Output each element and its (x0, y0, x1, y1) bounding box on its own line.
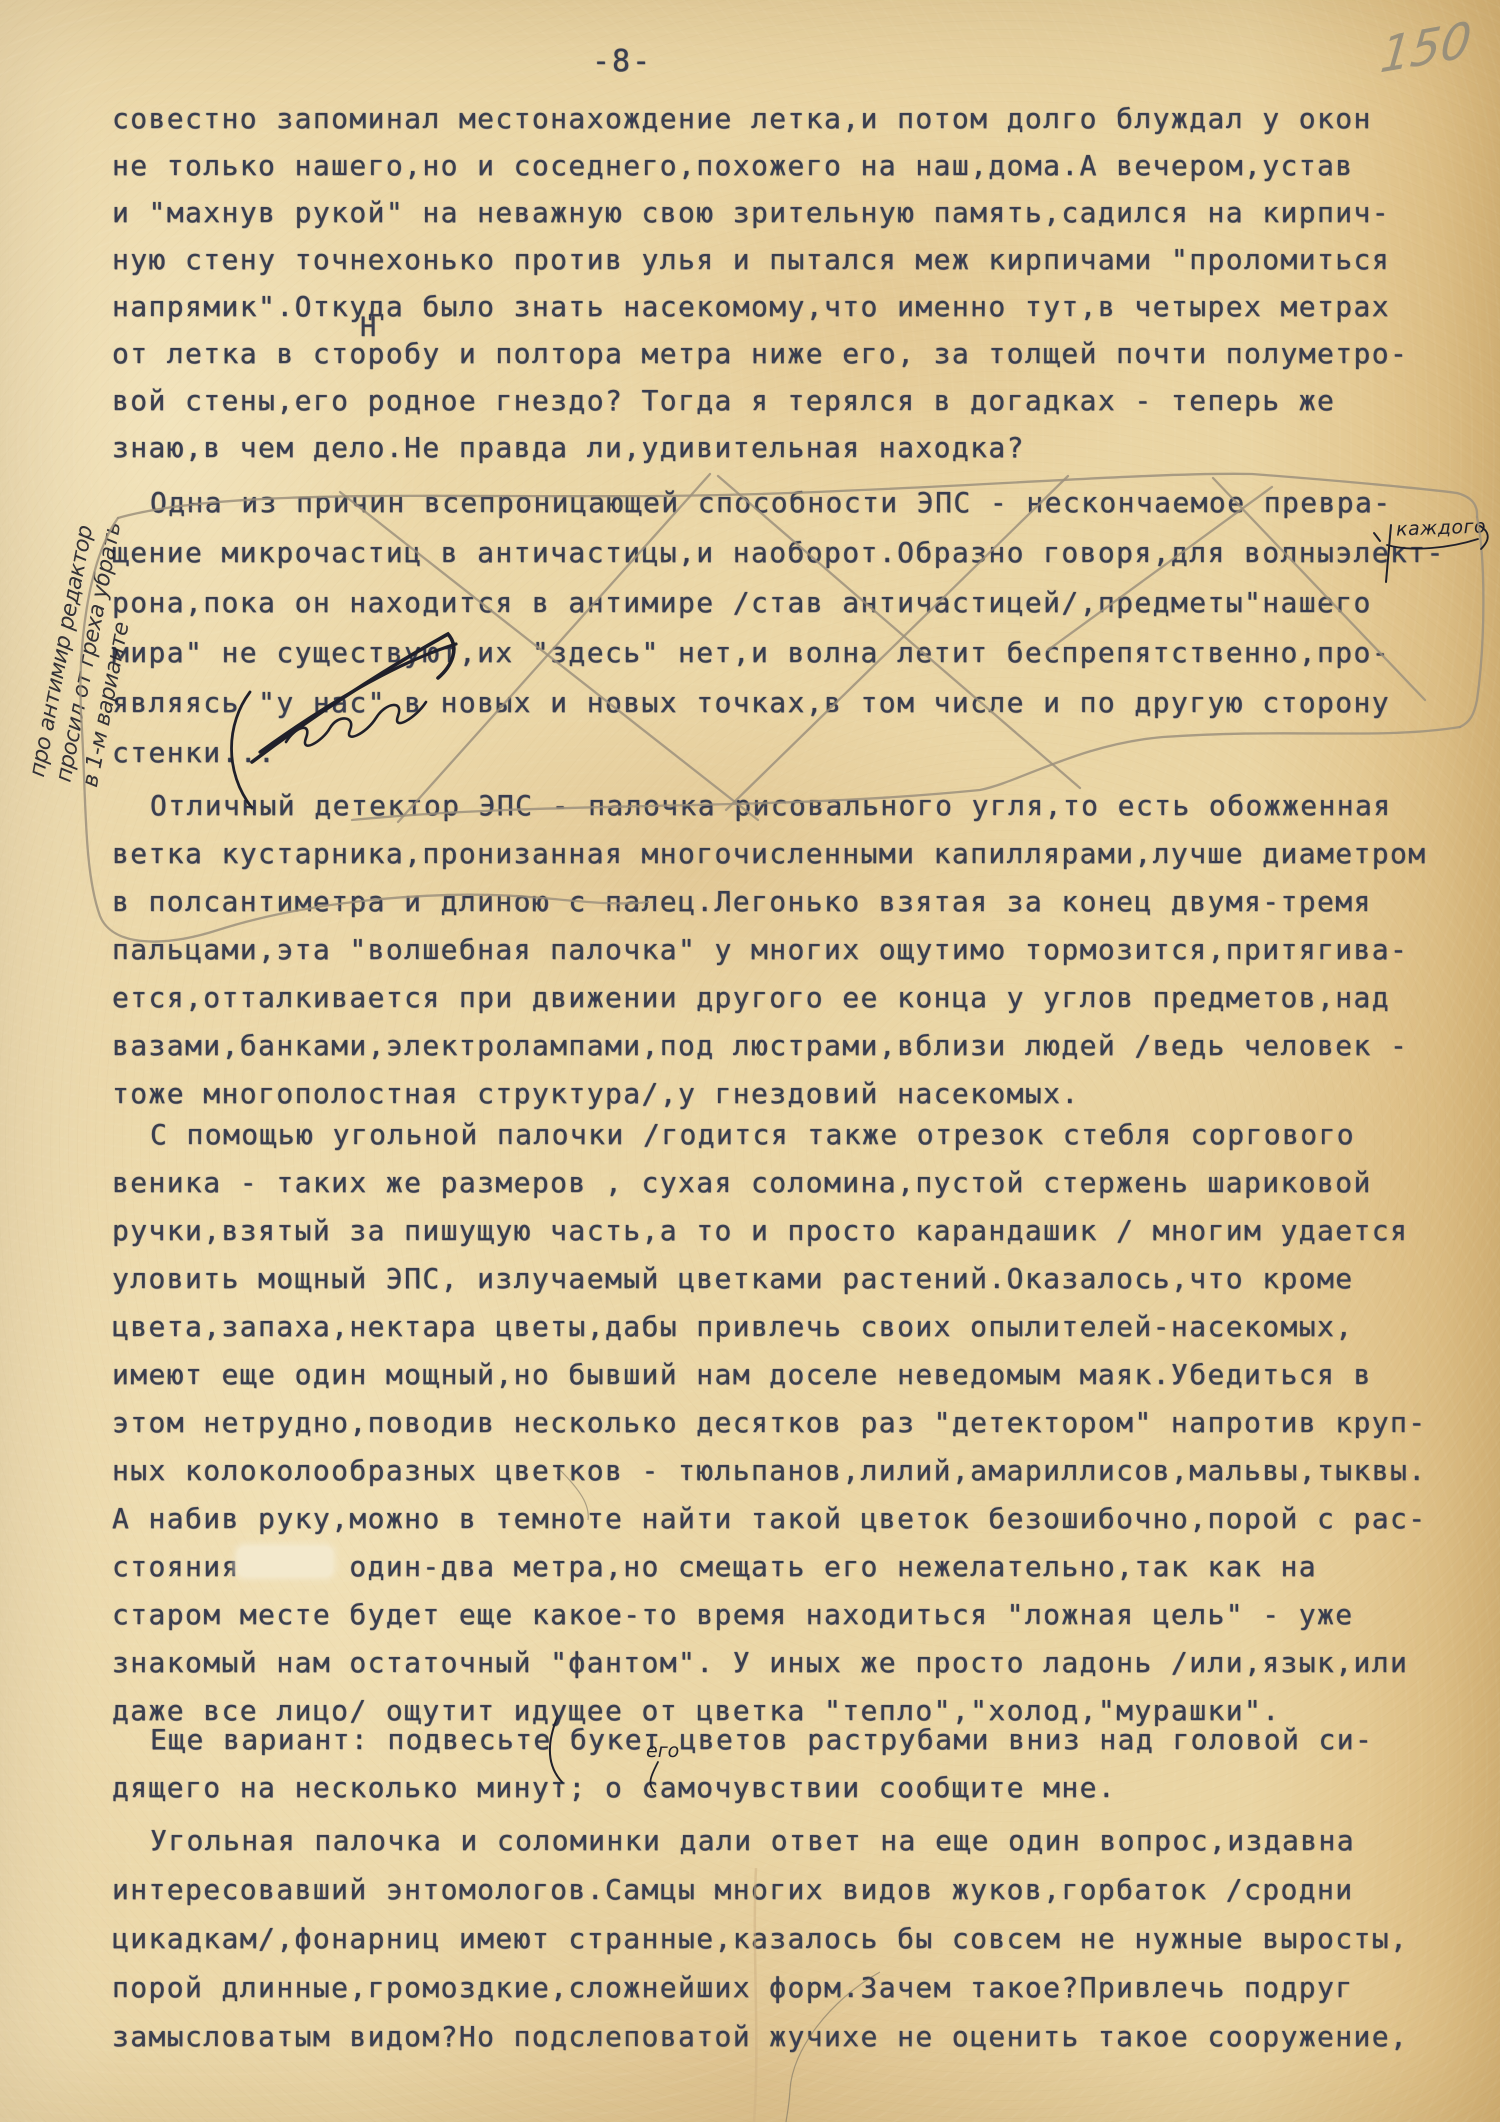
typed-line: вазами,банками,электролампами,под люстра… (112, 1029, 1470, 1077)
typed-line: не только нашего,но и соседнего,похожего… (112, 149, 1470, 196)
typed-line: ветка кустарника,пронизанная многочислен… (112, 837, 1470, 885)
typed-line: ручки,взятый за пишущую часть,а то и про… (112, 1214, 1470, 1262)
typed-correction-letter: Н (360, 312, 376, 343)
handwritten-insert-ego: его (646, 1740, 679, 1762)
typed-line: Одна из причин всепроницающей способност… (112, 486, 1470, 536)
typed-line: цвета,запаха,нектара цветы,дабы привлечь… (112, 1310, 1470, 1358)
typed-line: от летка в сторобу и полтора метра ниже … (112, 337, 1470, 384)
typed-line: Угольная палочка и соломинки дали ответ … (112, 1824, 1470, 1873)
typed-line: стенки... (112, 736, 1470, 786)
typed-line: имеют еще один мощный,но бывший нам досе… (112, 1358, 1470, 1406)
typed-line: Отличный детектор ЭПС - палочка рисоваль… (112, 789, 1470, 837)
typed-line: порой длинные,громоздкие,сложнейших форм… (112, 1971, 1470, 2020)
typed-line: веника - таких же размеров , сухая солом… (112, 1166, 1470, 1214)
scanned-manuscript-page: -8- 150 совестно запоминал местонахожден… (0, 0, 1500, 2122)
whiteout-patch (237, 1546, 333, 1577)
page-number-pencil-annotation: 150 (1378, 11, 1474, 85)
typed-line: уловить мощный ЭПС, излучаемый цветками … (112, 1262, 1470, 1310)
paragraph-p2-crossed-out: Одна из причин всепроницающей способност… (112, 486, 1470, 786)
typed-line: знакомый нам остаточный "фантом". У иных… (112, 1646, 1470, 1694)
paragraph-p4: С помощью угольной палочки /годится такж… (112, 1118, 1470, 1742)
typed-line: являясь "у нас" в новых и новых точках,в… (112, 686, 1470, 736)
typed-line: совестно запоминал местонахождение летка… (112, 102, 1470, 149)
typed-line: С помощью угольной палочки /годится такж… (112, 1118, 1470, 1166)
typed-line: щение микрочастиц в античастицы,и наобор… (112, 536, 1470, 586)
typed-line: мира" не существуют,их "здесь" нет,и вол… (112, 636, 1470, 686)
typed-line: и "махнув рукой" на неважную свою зрител… (112, 196, 1470, 243)
typed-line: ную стену точнехонько против улья и пыта… (112, 243, 1470, 290)
typed-line: в полсантиметра и длиною с палец.Легоньк… (112, 885, 1470, 933)
typed-line: замысловатым видом?Но подслеповатой жучи… (112, 2020, 1470, 2069)
typed-line: напрямик".Откуда было знать насекомому,ч… (112, 290, 1470, 337)
typed-line: дящего на несколько минут; о самочувстви… (112, 1771, 1470, 1819)
typed-line: интересовавший энтомологов.Самцы многих … (112, 1873, 1470, 1922)
typed-line: старом месте будет еще какое-то время на… (112, 1598, 1470, 1646)
page-number-typed: -8- (592, 44, 652, 79)
paragraph-p1: совестно запоминал местонахождение летка… (112, 102, 1470, 478)
typed-line: рона,пока он находится в антимире /став … (112, 586, 1470, 636)
paragraph-p5: Еще вариант: подвесьте букет цветов раст… (112, 1723, 1470, 1819)
paragraph-p6: Угольная палочка и соломинки дали ответ … (112, 1824, 1470, 2069)
handwritten-insert-kazhdogo: каждого (1396, 515, 1487, 540)
paragraph-p3: Отличный детектор ЭПС - палочка рисоваль… (112, 789, 1470, 1125)
typed-line: ется,отталкивается при движении другого … (112, 981, 1470, 1029)
typed-line: А набив руку,можно в темноте найти такой… (112, 1502, 1470, 1550)
typed-line: ных колоколообразных цветков - тюльпанов… (112, 1454, 1470, 1502)
typed-line: вой стены,его родное гнездо? Тогда я тер… (112, 384, 1470, 431)
typed-line: этом нетрудно,поводив несколько десятков… (112, 1406, 1470, 1454)
typed-line: цикадкам/,фонарниц имеют странные,казало… (112, 1922, 1470, 1971)
typed-line: Еще вариант: подвесьте букет цветов раст… (112, 1723, 1470, 1771)
typed-line: пальцами,эта "волшебная палочка" у многи… (112, 933, 1470, 981)
typed-line: знаю,в чем дело.Не правда ли,удивительна… (112, 431, 1470, 478)
